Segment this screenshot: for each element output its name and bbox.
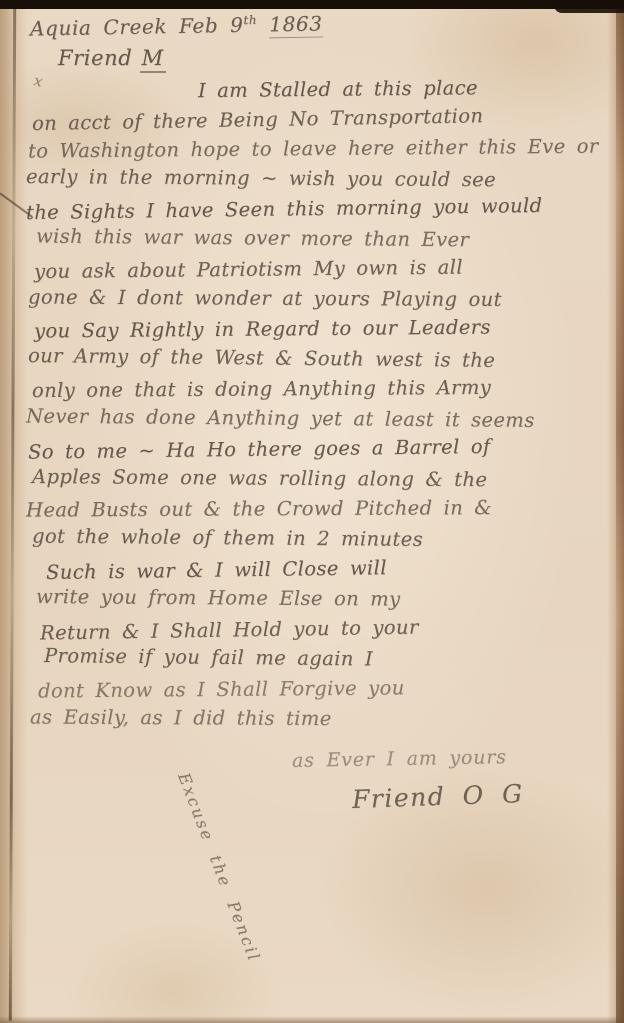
bottom-edge-shading <box>0 1016 624 1023</box>
letter-signature: Friend O G <box>352 779 524 814</box>
scan-top-border <box>0 0 624 9</box>
salutation-name: M <box>140 46 166 73</box>
letter-dateline: Aquia Creek Feb 9th 1863 <box>30 11 323 40</box>
scan-top-right-border <box>554 0 624 13</box>
letter-line: dont Know as I Shall Forgive you <box>38 671 612 706</box>
letter-body: I am Stalled at this placeon acct of the… <box>26 74 612 734</box>
pencil-annotation: Excuse the Pencil <box>174 770 264 965</box>
letter-line: to Washington hope to leave here either … <box>28 131 612 166</box>
dateline-ordinal: th <box>243 13 257 27</box>
letter-line: you ask about Patriotism My own is all <box>34 251 612 287</box>
letter-line: Apples Some one was rolling along & the <box>32 462 612 496</box>
letter-line: gone & I dont wonder at yours Playing ou… <box>28 282 612 315</box>
letter-line: Head Busts out & the Crowd Pitched in & <box>26 492 612 525</box>
right-edge-shading <box>616 0 624 1023</box>
letter-line: only one that is doing Anything this Arm… <box>32 372 612 406</box>
letter-line: as Easily, as I did this time <box>30 702 612 735</box>
salutation-word: Friend <box>58 46 132 70</box>
dateline-year: 1863 <box>269 11 323 38</box>
letter-valediction: as Ever I am yours <box>292 746 507 772</box>
dateline-place-date: Aquia Creek Feb 9 <box>30 13 244 41</box>
letter-page: Aquia Creek Feb 9th 1863 Friend M x I am… <box>0 0 624 1023</box>
letter-salutation: Friend M <box>58 46 166 70</box>
